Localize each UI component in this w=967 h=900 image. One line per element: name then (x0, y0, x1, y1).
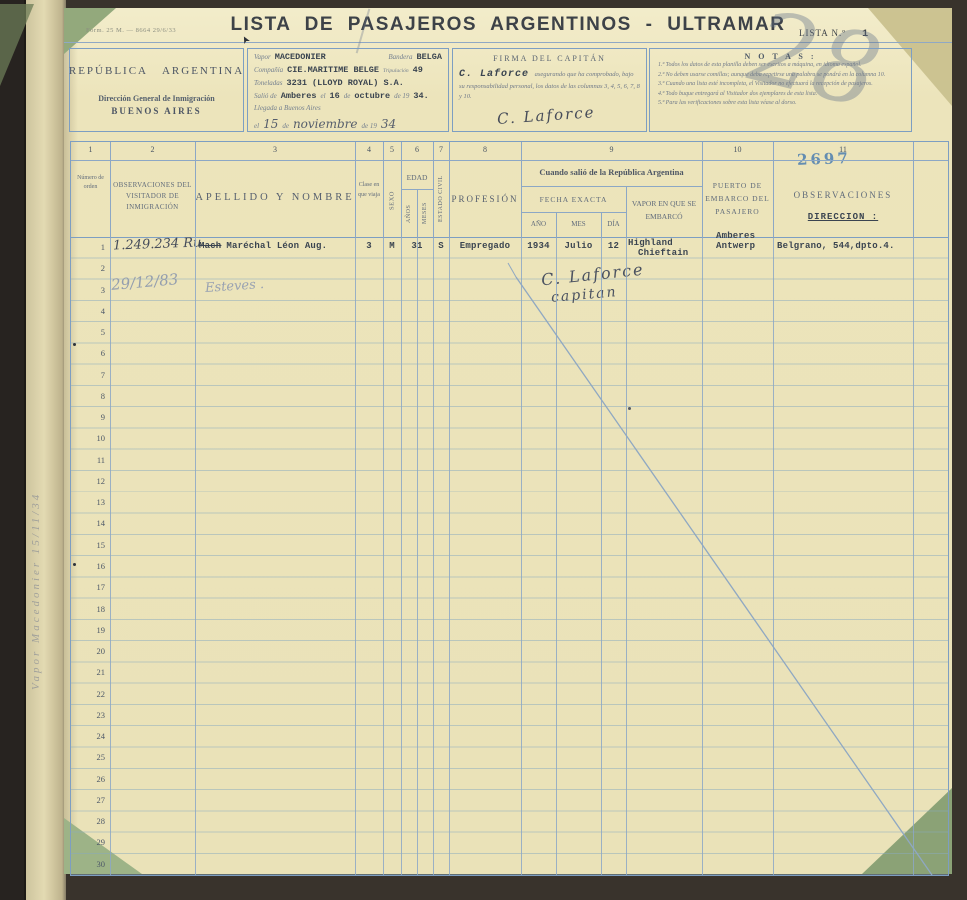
captain-signature: C. Laforce (497, 100, 641, 128)
row-number: 20 (71, 641, 105, 662)
vapor-label: Vapor (254, 53, 271, 61)
grid-line (626, 186, 627, 237)
row-number: 25 (71, 747, 105, 768)
llegada-dia-handwritten: 15 (263, 117, 278, 131)
llegada-mes-handwritten: noviembre (293, 117, 358, 131)
salio-dia: 16 (330, 91, 340, 101)
header-dia: DÍA (601, 220, 626, 228)
grid-line (401, 237, 402, 875)
grid-line (433, 142, 434, 160)
header-clase: Clase en que viaja (355, 180, 383, 200)
header-observaciones-visitador: OBSERVACIONES DEL VISITADOR DE INMIGRACI… (113, 180, 192, 214)
grid-line (773, 142, 774, 160)
header-numero-orden: Número de orden (71, 174, 110, 192)
header-direccion: DIRECCION : (773, 212, 913, 222)
pencil-date-annotation: 29/12/83 (110, 270, 179, 294)
grid-line (702, 160, 703, 237)
header-fecha-exacta: FECHA EXACTA (521, 195, 626, 204)
col-number: 1 (71, 145, 110, 154)
col-number: 11 (773, 145, 913, 154)
header-edad-meses: MESES (417, 192, 433, 235)
bandera-value: BELGA (416, 52, 442, 62)
grid-line (383, 237, 384, 875)
de19-label: de 19 (394, 92, 409, 100)
cell-profesion: Empregado (449, 241, 521, 251)
col-number: 3 (195, 145, 355, 154)
visitor-inspection-number: 1.249.234 Ru (113, 235, 202, 253)
grid-line (417, 237, 418, 875)
col-number: 2 (110, 145, 195, 154)
row-number: 21 (71, 662, 105, 683)
llegada-ano-handwritten: 34 (381, 117, 396, 131)
row-number: 23 (71, 705, 105, 726)
vapor-value: MACEDONIER (275, 52, 326, 62)
table-header: 1 2 3 4 5 6 7 8 9 10 11 Número de orden … (71, 142, 948, 238)
spine-pencil-note: Vapor Macedonier 15/11/34 (30, 290, 42, 690)
compania-value: CIE.MARITIME BELGE (287, 65, 379, 75)
grid-line (355, 237, 356, 875)
col-number: 7 (433, 145, 449, 154)
grid-line (195, 160, 196, 237)
header-mes: MES (556, 220, 601, 228)
grid-line (601, 212, 602, 237)
grid-line (521, 160, 522, 237)
book-binding (0, 0, 26, 900)
grid-line (383, 142, 384, 160)
salio-mes: octubre (354, 91, 390, 101)
captain-name-typed: C. Laforce (459, 69, 529, 80)
header-profesion: PROFESIÓN (449, 194, 521, 204)
grid-line (773, 237, 774, 875)
row-number: 11 (71, 450, 105, 471)
header-observaciones: OBSERVACIONES (773, 190, 913, 200)
row-number: 13 (71, 492, 105, 513)
col-number: 9 (521, 145, 702, 154)
republica-label: REPÚBLICA (69, 65, 148, 77)
note-item: 4.ª Todo buque entregará al Visitador do… (658, 90, 903, 100)
grid-line (521, 237, 522, 875)
grid-line (355, 142, 356, 160)
grid-line (401, 160, 402, 237)
grid-line (383, 160, 384, 237)
ship-details-box: Vapor MACEDONIER Bandera BELGA Compañía … (247, 48, 449, 132)
row-number: 17 (71, 577, 105, 598)
toneladas-value: 3231 (LLOYD ROYAL) S.A. (287, 78, 404, 88)
grid-line (913, 160, 914, 237)
row-number: 18 (71, 599, 105, 620)
grid-line (355, 160, 356, 237)
row-number: 8 (71, 386, 105, 407)
note-item: 2.ª No deben usarse comillas; aunque deb… (658, 71, 903, 81)
cell-direccion: Belgrano, 544,dpto.4. (777, 241, 895, 251)
cell-estado-civil: S (433, 241, 449, 251)
row-number: 16 (71, 556, 105, 577)
row-number: 29 (71, 832, 105, 853)
issuer-city: BUENOS AIRES (70, 106, 243, 116)
grid-line (417, 189, 418, 237)
passenger-name-text: Maréchal Léon Aug. (226, 241, 327, 251)
passenger-name: MachMaréchal Léon Aug. (199, 241, 327, 251)
note-item: 1.ª Todos los datos de esta planilla deb… (658, 61, 903, 71)
grid-line (913, 142, 914, 160)
salio-ano: 34. (413, 91, 428, 101)
passenger-name-struck: Mach (199, 241, 221, 251)
row-number: 28 (71, 811, 105, 832)
row-number: 22 (71, 684, 105, 705)
header-estado-civil: ESTADO CIVIL (433, 164, 449, 234)
de-label: de (344, 92, 351, 100)
cell-puerto-line1: Amberes (716, 231, 755, 241)
issuer-box: REPÚBLICA ARGENTINA Dirección General de… (69, 48, 244, 132)
captain-signature-box: FIRMA DEL CAPITÁN C. Laforce asegurando … (452, 48, 647, 132)
llegada-de-label: de (282, 122, 289, 130)
cell-sexo: M (383, 241, 401, 251)
grid-line (401, 142, 402, 160)
grid-line (601, 237, 602, 875)
row-number: 2 (71, 258, 105, 279)
grid-line (71, 160, 948, 161)
ledger-page: Form. 25 M. — 8664 29/6/33 LISTA DE PASA… (64, 8, 952, 874)
row-number: 26 (71, 769, 105, 790)
col-number: 10 (702, 145, 773, 154)
cell-vapor-line1: Highland (628, 238, 673, 248)
row-number: 19 (71, 620, 105, 641)
row-number: 15 (71, 535, 105, 556)
row-number: 5 (71, 322, 105, 343)
tripulacion-value: 49 (413, 65, 423, 75)
compania-label: Compañía (254, 66, 283, 74)
cell-mes: Julio (556, 241, 601, 251)
grid-line (110, 142, 111, 160)
issuer-office: Dirección General de Inmigración (70, 94, 243, 103)
salio-label: Salió de (254, 92, 277, 100)
bandera-label: Bandera (388, 53, 412, 61)
cell-ano: 1934 (521, 241, 556, 251)
table-body: 1.249.234 Ru MachMaréchal Léon Aug. 3 M … (71, 237, 948, 875)
note-item: 5.ª Para las verificaciones sobre esta l… (658, 99, 903, 109)
grid-line (626, 237, 627, 875)
row-number: 3 (71, 280, 105, 301)
argentina-label: ARGENTINA (162, 65, 244, 77)
row-number: 6 (71, 343, 105, 364)
header-apellido-nombre: APELLIDO Y NOMBRE (195, 192, 355, 203)
col-number: 6 (401, 145, 433, 154)
salio-puerto: Amberes (281, 91, 317, 101)
cell-dia: 12 (601, 241, 626, 251)
header-sexo: SEXO (383, 170, 401, 232)
col-number: 4 (355, 145, 383, 154)
row-number: 1 (71, 237, 105, 258)
llegada-de19-label: de 19 (362, 122, 377, 130)
passenger-table: 1 2 3 4 5 6 7 8 9 10 11 Número de orden … (70, 141, 949, 876)
grid-line (556, 212, 557, 237)
llegada-label: Llegada a Buenos Aires (254, 104, 321, 112)
row-number: 7 (71, 365, 105, 386)
grid-line (433, 160, 434, 237)
row-number: 10 (71, 428, 105, 449)
grid-line (110, 237, 111, 875)
ink-dot (628, 407, 631, 410)
grid-line (433, 237, 434, 875)
col-number: 5 (383, 145, 401, 154)
grid-line (556, 237, 557, 875)
grid-line (110, 160, 111, 237)
grid-line (521, 212, 626, 213)
grid-line (449, 160, 450, 237)
grid-line (449, 237, 450, 875)
grid-line (702, 142, 703, 160)
row-number: 4 (71, 301, 105, 322)
llegada-el-label: el (254, 122, 259, 130)
tripulacion-label: Tripulación (383, 68, 409, 74)
captain-box-title: FIRMA DEL CAPITÁN (459, 54, 640, 63)
grid-line (521, 142, 522, 160)
grid-line (702, 237, 703, 875)
notes-title: N O T A S : (658, 52, 903, 61)
note-item: 3.ª Cuando una lista esté incompleta, el… (658, 80, 903, 90)
cell-clase: 3 (355, 241, 383, 251)
grid-line (195, 237, 196, 875)
row-number: 12 (71, 471, 105, 492)
col-number: 8 (449, 145, 521, 154)
grid-line (773, 160, 774, 237)
notes-box: N O T A S : 1.ª Todos los datos de esta … (649, 48, 912, 132)
row-number: 14 (71, 513, 105, 534)
scanned-ledger-photo: { "form_code": "Form. 25 M. — 8664 29/6/… (0, 0, 967, 900)
el-label: el (320, 92, 325, 100)
row-number: 30 (71, 854, 105, 875)
row-number: 27 (71, 790, 105, 811)
header-vapor-embarco: VAPOR EN QUE SE EMBARCÓ (626, 198, 702, 224)
header-cuando-salio: Cuando salió de la República Argentina (521, 167, 702, 177)
cancellation-diagonal-line (71, 237, 948, 875)
toneladas-label: Toneladas (254, 79, 283, 87)
row-number: 24 (71, 726, 105, 747)
cell-vapor-line2: Chieftain (638, 248, 688, 258)
header-edad: EDAD (401, 173, 433, 182)
grid-line (401, 189, 433, 190)
page-edge-shadow (24, 0, 26, 900)
header-edad-anos: AÑOS (401, 192, 417, 235)
grid-line (913, 237, 914, 875)
row-number: 9 (71, 407, 105, 428)
cell-puerto-line2: Antwerp (716, 241, 755, 251)
header-ano: AÑO (521, 220, 556, 228)
grid-line (195, 142, 196, 160)
header-puerto-embarco: PUERTO DE EMBARCO DEL PASAJERO (702, 180, 773, 218)
grid-line (521, 186, 702, 187)
grid-line (449, 142, 450, 160)
pencil-name-annotation: Esteves . (205, 277, 265, 296)
